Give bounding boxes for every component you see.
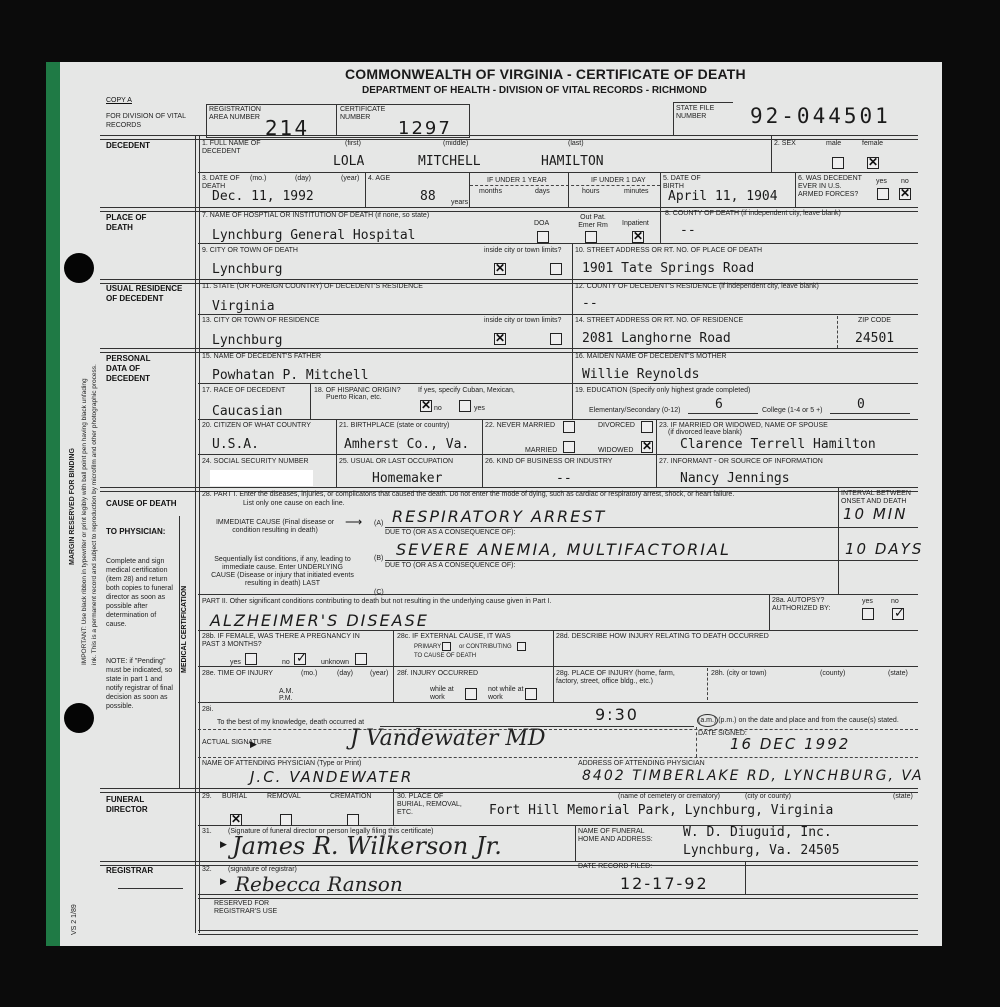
certificate-title: COMMONWEALTH OF VIRGINIA - CERTIFICATE O… xyxy=(345,66,746,82)
citizen-label: 20. CITIZEN OF WHAT COUNTRY xyxy=(202,422,311,430)
full-name-label: 1. FULL NAME OF DECEDENT xyxy=(202,140,272,156)
not-while-at-work-label: not while at work xyxy=(488,686,524,702)
married-checkbox[interactable] xyxy=(563,441,575,453)
informant-value: Nancy Jennings xyxy=(680,471,790,486)
hispanic-yes-checkbox[interactable] xyxy=(459,400,471,412)
section-usual-residence: USUAL RESIDENCE OF DECEDENT xyxy=(106,284,186,304)
minutes-label: minutes xyxy=(624,188,649,196)
physician-address-label: ADDRESS OF ATTENDING PHYSICIAN xyxy=(578,760,705,768)
not-while-at-work-checkbox[interactable] xyxy=(525,688,537,700)
item-32-label: 32. xyxy=(202,866,212,874)
decedent-last-name: HAMILTON xyxy=(541,154,604,169)
reserved-registrar-label: RESERVED FOR REGISTRAR'S USE xyxy=(214,900,294,916)
residence-street-label: 14. STREET ADDRESS OR RT. NO. OF RESIDEN… xyxy=(575,317,743,325)
cause-a-interval: 10 MIN xyxy=(843,505,907,523)
residence-inside-yes-checkbox[interactable] xyxy=(494,333,506,345)
mother-value: Willie Reynolds xyxy=(582,367,699,382)
autopsy-yes-label: yes xyxy=(862,598,873,606)
injury-city-label: 28h. (city or town) xyxy=(711,670,767,678)
county-of-death-value: -- xyxy=(680,223,696,238)
pointer-triangle-icon: ▶ xyxy=(220,876,227,887)
funeral-home-address: Lynchburg, Va. 24505 xyxy=(683,843,840,858)
date-of-death-value: Dec. 11, 1992 xyxy=(212,189,314,204)
street-of-death-label: 10. STREET ADDRESS OR RT. NO. OF PLACE O… xyxy=(575,247,762,255)
pointer-triangle-icon: ▶ xyxy=(220,839,227,850)
date-filed-value: 12-17-92 xyxy=(620,874,709,893)
green-edge-strip xyxy=(46,62,60,946)
last-label: (last) xyxy=(568,140,584,148)
cremation-label: CREMATION xyxy=(330,793,371,801)
first-label: (first) xyxy=(345,140,361,148)
date-filed-label: DATE RECORD FILED: xyxy=(578,863,652,871)
day-label: (day) xyxy=(295,175,311,183)
occupation-value: Homemaker xyxy=(372,471,442,486)
to-physician-label: TO PHYSICIAN: xyxy=(106,527,166,537)
section-decedent: DECEDENT xyxy=(106,141,150,151)
inside-limits-label: inside city or town limits? xyxy=(484,247,561,255)
date-of-birth-value: April 11, 1904 xyxy=(668,189,778,204)
residence-city-label: 13. CITY OR TOWN OF RESIDENCE xyxy=(202,317,319,325)
primary-checkbox[interactable] xyxy=(442,642,451,651)
funeral-home-label: NAME OF FUNERAL HOME AND ADDRESS: xyxy=(578,828,653,844)
copy-for-label: FOR DIVISION OF VITAL RECORDS xyxy=(106,112,186,130)
injury-occurred-label: 28f. INJURY OCCURRED xyxy=(397,670,478,678)
years-label: years xyxy=(451,199,468,207)
under-day-label: IF UNDER 1 DAY xyxy=(591,177,646,185)
margin-important-text: IMPORTANT: Use black ribbon in typewrite… xyxy=(80,378,89,665)
father-label: 15. NAME OF DECEDENT'S FATHER xyxy=(202,353,321,361)
county-of-death-label: 8. COUNTY OF DEATH (if independent city,… xyxy=(665,210,841,218)
item-29-label: 29. xyxy=(202,793,212,801)
to-cause-label: TO CAUSE OF DEATH xyxy=(414,652,476,660)
outpatient-checkbox[interactable] xyxy=(585,231,597,243)
middle-label: (middle) xyxy=(443,140,468,148)
zip-label: ZIP CODE xyxy=(858,317,891,325)
spouse-value: Clarence Terrell Hamilton xyxy=(680,437,876,452)
pregnancy-unknown-checkbox[interactable] xyxy=(355,653,367,665)
armed-yes-checkbox[interactable] xyxy=(877,188,889,200)
registrar-signature[interactable]: Rebecca Ranson xyxy=(235,872,403,896)
external-cause-label: 28c. IF EXTERNAL CAUSE, IT WAS xyxy=(397,633,511,641)
ampm-statement: (a.m.) (p.m.) on the date and place and … xyxy=(698,717,899,725)
autopsy-no-checkbox[interactable] xyxy=(892,608,904,620)
race-value: Caucasian xyxy=(212,404,282,419)
birthplace-value: Amherst Co., Va. xyxy=(344,437,469,452)
race-label: 17. RACE OF DECEDENT xyxy=(202,387,285,395)
residence-inside-no-checkbox[interactable] xyxy=(550,333,562,345)
knowledge-statement: To the best of my knowledge, death occur… xyxy=(217,719,364,727)
funeral-home-name: W. D. Diuguid, Inc. xyxy=(683,825,832,840)
funeral-director-signature[interactable]: James R. Wilkerson Jr. xyxy=(232,832,502,860)
days-label: days xyxy=(535,188,550,196)
months-label: months xyxy=(479,188,502,196)
margin-important-text-2: ink. This is a permanent record and subj… xyxy=(90,364,99,665)
burial-state-label: (state) xyxy=(893,793,913,801)
state-file-number: 92-044501 xyxy=(750,104,891,128)
item-31-label: 31. xyxy=(202,828,212,836)
decedent-first-name: LOLA xyxy=(333,154,364,169)
physician-signature[interactable]: J Vandewater MD xyxy=(350,726,546,751)
physician-instructions: Complete and sign medical certification … xyxy=(106,557,176,629)
sex-male-checkbox[interactable] xyxy=(832,157,844,169)
elementary-value: 6 xyxy=(715,397,723,412)
armed-yes-label: yes xyxy=(876,178,887,186)
autopsy-label: 28a. AUTOPSY? AUTHORIZED BY: xyxy=(772,597,852,613)
section-cause-of-death: CAUSE OF DEATH xyxy=(106,499,177,509)
cause-b-value: SEVERE ANEMIA, MULTIFACTORIAL xyxy=(396,540,731,559)
street-of-death-value: 1901 Tate Springs Road xyxy=(582,261,754,276)
city-county-label: (city or county) xyxy=(745,793,791,801)
business-label: 26. KIND OF BUSINESS OR INDUSTRY xyxy=(485,458,612,466)
arrow-icon: ⟶ xyxy=(345,515,362,529)
sex-female-checkbox[interactable] xyxy=(867,157,879,169)
mother-label: 16. MAIDEN NAME OF DECEDENT'S MOTHER xyxy=(575,353,726,361)
injury-mo-label: (mo.) xyxy=(301,670,317,678)
elementary-label: Elementary/Secondary (0-12) xyxy=(589,407,680,415)
item-28i-label: 28i. xyxy=(202,706,213,714)
contributing-checkbox[interactable] xyxy=(517,642,526,651)
contributing-label: or CONTRIBUTING xyxy=(459,643,512,651)
doa-label: DOA xyxy=(534,220,549,228)
armed-forces-label: 6. WAS DECEDENT EVER IN U.S. ARMED FORCE… xyxy=(798,175,864,199)
interval-label: INTERVAL BETWEEN ONSET AND DEATH xyxy=(841,490,921,506)
pointer-triangle-icon: ▶ xyxy=(250,739,257,750)
pending-note: NOTE: if "Pending" must be indicated, so… xyxy=(106,657,176,711)
inside-limits-yes-checkbox[interactable] xyxy=(494,263,506,275)
father-value: Powhatan P. Mitchell xyxy=(212,368,369,383)
due-to-label-a: DUE TO (OR AS A CONSEQUENCE OF): xyxy=(385,529,515,537)
injury-year-label: (year) xyxy=(370,670,388,678)
part2-value: ALZHEIMER'S DISEASE xyxy=(210,611,429,630)
hospital-value: Lynchburg General Hospital xyxy=(212,228,416,243)
while-at-work-label: while at work xyxy=(430,686,460,702)
injury-county-label: (county) xyxy=(820,670,845,678)
time-of-death-value: 9:30 xyxy=(595,705,639,724)
informant-label: 27. INFORMANT - OR SOURCE OF INFORMATION xyxy=(659,458,823,466)
ssn-redacted xyxy=(210,470,313,486)
college-value: 0 xyxy=(857,397,865,412)
place-of-injury-label: 28g. PLACE OF INJURY (home, farm, factor… xyxy=(556,670,686,686)
never-married-label: 22. NEVER MARRIED xyxy=(485,422,555,430)
section-personal-data: PERSONAL DATA OF DECEDENT xyxy=(106,354,166,384)
section-place-of-death: PLACE OF DEATH xyxy=(106,213,166,233)
hispanic-no-label: no xyxy=(434,405,442,413)
doa-checkbox[interactable] xyxy=(537,231,549,243)
cause-b-interval: 10 DAYS xyxy=(845,540,923,558)
copy-label: COPY A xyxy=(106,96,132,106)
medical-certification-label: MEDICAL CERTIFICATION xyxy=(180,586,190,673)
armed-no-label: no xyxy=(901,178,909,186)
decedent-middle-name: MITCHELL xyxy=(418,154,481,169)
spouse-sub-label: (if divorced leave blank) xyxy=(668,429,742,437)
form-code: VS 2 1/89 xyxy=(70,904,79,935)
age-value: 88 xyxy=(420,189,436,204)
age-label: 4. AGE xyxy=(368,175,390,183)
burial-label: BURIAL xyxy=(222,793,247,801)
hispanic-yes-label: yes xyxy=(474,405,485,413)
residence-county-value: -- xyxy=(582,296,598,311)
residence-county-label: 12. COUNTY OF DECEDENT'S RESIDENCE (if i… xyxy=(575,283,819,291)
hispanic-no-checkbox[interactable] xyxy=(420,400,432,412)
occupation-label: 25. USUAL OR LAST OCCUPATION xyxy=(339,458,453,466)
date-signed-value: 16 DEC 1992 xyxy=(730,735,850,753)
attending-physician-value: J.C. VANDEWATER xyxy=(250,768,413,786)
hospital-label: 7. NAME OF HOSPTIAL OR INSTITUTION OF DE… xyxy=(202,212,429,220)
immediate-cause-label: IMMEDIATE CAUSE (Final disease or condit… xyxy=(210,519,340,535)
inside-limits-no-checkbox[interactable] xyxy=(550,263,562,275)
attending-physician-label: NAME OF ATTENDING PHYSICIAN (Type or Pri… xyxy=(202,760,361,768)
binding-hole xyxy=(64,253,94,283)
cause-a-value: RESPIRATORY ARREST xyxy=(392,507,606,526)
year-label: (year) xyxy=(341,175,359,183)
certificate-number-label: CERTIFICATE NUMBER xyxy=(340,106,390,122)
never-married-checkbox[interactable] xyxy=(563,421,575,433)
part1-line2: List only one cause on each line. xyxy=(243,500,345,508)
section-funeral-director: FUNERAL DIRECTOR xyxy=(106,795,176,815)
education-label: 19. EDUCATION (Specify only highest grad… xyxy=(575,387,750,395)
time-of-injury-label: 28e. TIME OF INJURY xyxy=(202,670,273,678)
certificate-subtitle: DEPARTMENT OF HEALTH - DIVISION OF VITAL… xyxy=(362,85,707,96)
sex-label: 2. SEX xyxy=(774,140,796,148)
male-label: male xyxy=(826,140,841,148)
ssn-label: 24. SOCIAL SECURITY NUMBER xyxy=(202,458,309,466)
primary-label: PRIMARY xyxy=(414,643,441,651)
margin-binding-text: MARGIN RESERVED FOR BINDING xyxy=(68,448,77,565)
divorced-checkbox[interactable] xyxy=(641,421,653,433)
armed-no-checkbox[interactable] xyxy=(899,188,911,200)
zip-value: 24501 xyxy=(855,331,894,346)
section-registrar: REGISTRAR xyxy=(106,866,153,876)
actual-signature-label: ACTUAL SIGNATURE xyxy=(202,739,272,747)
removal-label: REMOVAL xyxy=(267,793,301,801)
outpatient-label: Out Pat. Emer Rm xyxy=(575,214,611,230)
injury-state-label: (state) xyxy=(888,670,908,678)
residence-state-label: 11. STATE (OR FOREIGN COUNTRY) OF DECEDE… xyxy=(202,283,423,291)
residence-city-value: Lynchburg xyxy=(212,333,282,348)
pregnancy-no-checkbox[interactable] xyxy=(294,653,306,665)
college-label: College (1-4 or 5 +) xyxy=(762,407,823,415)
residence-state-value: Virginia xyxy=(212,299,275,314)
sequential-label: Sequentially list conditions, if any, le… xyxy=(210,556,355,588)
place-of-burial-label: 30. PLACE OF BURIAL, REMOVAL, ETC. xyxy=(397,793,467,817)
physician-address-value: 8402 TIMBERLAKE RD, LYNCHBURG, VA xyxy=(582,768,924,784)
residence-street-value: 2081 Langhorne Road xyxy=(582,331,731,346)
widowed-checkbox[interactable] xyxy=(641,441,653,453)
female-label: female xyxy=(862,140,883,148)
under-year-label: IF UNDER 1 YEAR xyxy=(487,177,547,185)
divorced-label: DIVORCED xyxy=(598,422,635,430)
city-of-death-value: Lynchburg xyxy=(212,262,282,277)
am-circle xyxy=(697,714,718,727)
citizen-value: U.S.A. xyxy=(212,437,259,452)
business-value: -- xyxy=(556,471,572,486)
pregnancy-label: 28b. IF FEMALE, WAS THERE A PREGNANCY IN… xyxy=(202,633,362,649)
hours-label: hours xyxy=(582,188,600,196)
birthplace-label: 21. BIRTHPLACE (state or country) xyxy=(339,422,449,430)
pregnancy-yes-checkbox[interactable] xyxy=(245,653,257,665)
binding-hole xyxy=(64,703,94,733)
cemetery-label: (name of cemetery or crematory) xyxy=(618,793,720,801)
registration-area-label: REGISTRATION AREA NUMBER xyxy=(209,106,269,122)
injury-day-label: (day) xyxy=(337,670,353,678)
place-of-burial-value: Fort Hill Memorial Park, Lynchburg, Virg… xyxy=(489,803,833,818)
due-to-label-b: DUE TO (OR AS A CONSEQUENCE OF): xyxy=(385,562,515,570)
city-of-death-label: 9. CITY OR TOWN OF DEATH xyxy=(202,247,298,255)
part2-label: PART II. Other significant conditions co… xyxy=(202,598,551,606)
autopsy-yes-checkbox[interactable] xyxy=(862,608,874,620)
while-at-work-checkbox[interactable] xyxy=(465,688,477,700)
inside-limits-label: inside city or town limits? xyxy=(484,317,561,325)
inpatient-label: Inpatient xyxy=(622,220,649,228)
hispanic-sub-label: Puerto Rican, etc. xyxy=(326,394,382,402)
part1-instructions: 28. PART I. Enter the diseases, injuries… xyxy=(202,491,792,499)
state-file-label: STATE FILE NUMBER xyxy=(676,105,726,121)
describe-injury-label: 28d. DESCRIBE HOW INJURY RELATING TO DEA… xyxy=(556,633,769,641)
mo-label: (mo.) xyxy=(250,175,266,183)
inpatient-checkbox[interactable] xyxy=(632,231,644,243)
hispanic-spec-label: If yes, specify Cuban, Mexican, xyxy=(418,387,515,395)
